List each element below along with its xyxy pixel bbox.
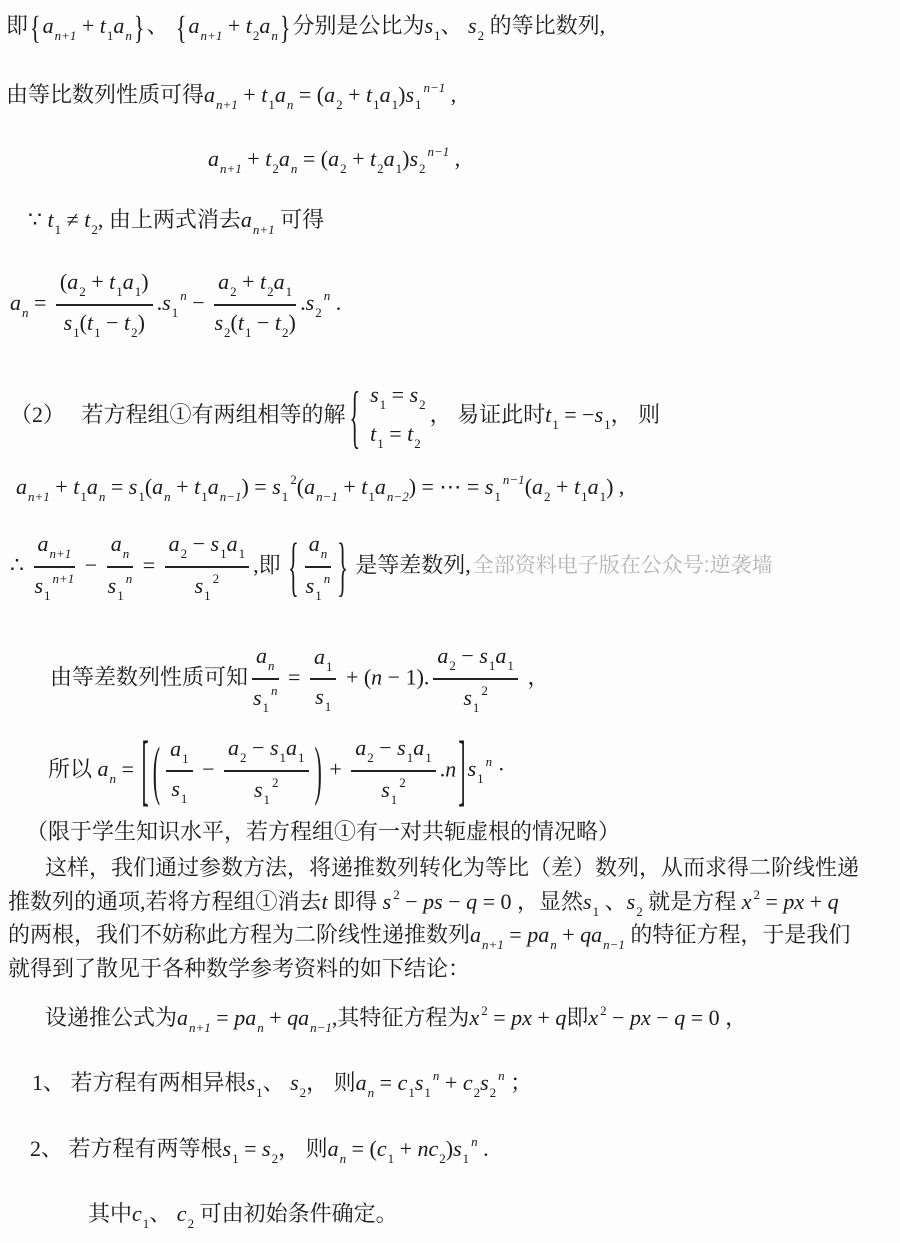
- subscript: 1: [44, 588, 51, 603]
- denominator: s1: [166, 772, 193, 808]
- subscript: 1: [286, 284, 293, 299]
- subscript: n+1: [28, 489, 50, 504]
- text-run: ， 易证此时: [430, 402, 546, 427]
- subscript: n+1: [253, 222, 275, 237]
- math-var: c2: [463, 1070, 480, 1095]
- math-var: x2: [742, 889, 760, 914]
- big-delimiter: }: [134, 11, 145, 44]
- text-run: 所以: [48, 756, 98, 781]
- text-run: ): [289, 310, 296, 335]
- math-var: s1: [424, 13, 440, 38]
- elimination-condition-line: ∵ t1 ≠ t2, 由上两式消去an+1 可得: [28, 206, 324, 239]
- math-var: p: [783, 889, 794, 914]
- big-delimiter: {: [176, 11, 187, 44]
- remark-line: （限于学生知识水平，若方程组①有一对共轭虚根的情况略）: [26, 818, 620, 847]
- subscript: n+1: [220, 161, 242, 176]
- text-run: =: [283, 664, 306, 689]
- text-run: +: [242, 146, 265, 171]
- math-var: s1n−1: [405, 82, 445, 107]
- math-var: t1: [261, 82, 275, 107]
- text-run: 可得: [275, 207, 325, 232]
- geometric-property-line-1: 由等比数列性质可得an+1 + t1an = (a2 + t1a1)s1n−1 …: [6, 80, 456, 114]
- subscript: 1: [239, 546, 246, 561]
- numerator: an+1: [34, 530, 76, 568]
- math-var: s1n−1: [485, 474, 525, 499]
- text-run: −: [456, 643, 479, 668]
- numerator: an: [252, 642, 279, 680]
- math-var: s2: [214, 310, 230, 335]
- text-run: =: [105, 474, 128, 499]
- big-delimiter: }: [280, 11, 291, 44]
- subscript: 1: [182, 751, 189, 766]
- math-var: t1: [366, 82, 380, 107]
- text-run: （2） 若方程组①有两组相等的解: [10, 402, 346, 427]
- text-run: 的两根，我们不妨称此方程为二阶线性递推数列: [8, 922, 470, 947]
- subscript: 1: [264, 792, 271, 807]
- text-run: =: [137, 552, 160, 577]
- math-var: a1: [227, 531, 246, 556]
- subscript: 1: [424, 1085, 431, 1100]
- text-run: = (: [293, 82, 324, 107]
- math-var: s1: [479, 643, 495, 668]
- numerator: a2 − s1a1: [433, 642, 517, 680]
- arithmetic-property-line: 由等差数列性质可知ans1n = a1s1 + (n − 1).a2 − s1a…: [50, 642, 549, 717]
- subscript: 1: [415, 97, 422, 112]
- text-run: ·: [492, 756, 505, 781]
- numerator: an: [107, 530, 134, 568]
- math-var: s2: [410, 382, 426, 407]
- math-var: a1: [380, 82, 399, 107]
- math-var: a1: [170, 736, 189, 761]
- math-var: x2: [588, 1005, 606, 1030]
- subscript: n: [271, 28, 278, 43]
- math-var: s1: [64, 310, 80, 335]
- text-run: ,: [445, 82, 456, 107]
- text-run: ；: [505, 1070, 533, 1095]
- math-var: t1: [109, 269, 123, 294]
- math-var: s1: [370, 382, 386, 407]
- math-var: an−1: [591, 922, 625, 947]
- text-run: =: [116, 756, 139, 781]
- text-run: = 0 ，: [685, 1005, 747, 1030]
- math-var: s: [434, 889, 443, 914]
- text-run: −: [197, 756, 220, 781]
- math-var: t1: [100, 13, 114, 38]
- math-var: s1n: [453, 1136, 478, 1161]
- math-var: t1: [87, 310, 101, 335]
- big-delimiter: {: [30, 11, 41, 44]
- text-run: ， 则: [306, 1070, 356, 1095]
- text-run: = −: [559, 402, 595, 427]
- math-var: s2: [290, 1070, 306, 1095]
- text-run: 即得: [328, 889, 383, 914]
- math-var: an+1: [189, 13, 223, 38]
- math-var: an: [256, 643, 275, 668]
- paragraph-row-2: 推数列的通项,若将方程组①消去t 即得 s2 − ps − q = 0 ，显然s…: [8, 887, 839, 921]
- text-run: −: [247, 735, 270, 760]
- math-var: t1: [574, 474, 588, 499]
- math-var: c1: [377, 1136, 394, 1161]
- denominator: s2(t1 − t2): [214, 306, 296, 342]
- subscript: n−1: [220, 489, 242, 504]
- subscript: 1: [315, 588, 322, 603]
- math-var: s2n−1: [409, 146, 449, 171]
- math-var: a2: [169, 531, 188, 556]
- text-run: 的特征方程，于是我们: [625, 922, 851, 947]
- subscript: n+1: [216, 97, 238, 112]
- math-var: t2: [407, 421, 421, 446]
- text-run: (: [80, 310, 87, 335]
- denominator: s1n+1: [34, 568, 76, 605]
- fraction: an+1s1n+1: [34, 530, 76, 605]
- math-var: s1n: [108, 573, 133, 598]
- math-var: s1n+1: [34, 573, 74, 598]
- math-var: p: [423, 889, 434, 914]
- text-run: 、: [149, 1201, 177, 1226]
- fraction: a1s1: [166, 735, 193, 809]
- geometric-property-line-2: an+1 + t2an = (a2 + t2a1)s2n−1 ,: [208, 144, 460, 178]
- denominator: s12: [165, 568, 249, 605]
- subscript: n−2: [387, 489, 409, 504]
- subscript: n−1: [316, 489, 338, 504]
- subscript: 1: [282, 489, 289, 504]
- fraction: ans1n: [305, 530, 332, 605]
- math-var: n: [371, 664, 382, 689]
- math-var: s2: [627, 889, 643, 914]
- paragraph-row-1: 这样，我们通过参数方法，将递推数列转化为等比（差）数列，从而求得二阶线性递: [45, 854, 859, 883]
- superscript: n−1: [428, 144, 450, 159]
- math-var: s1: [595, 402, 611, 427]
- text-run: ， 则: [611, 402, 661, 427]
- math-var: a2: [355, 735, 374, 760]
- subscript: 1: [204, 588, 211, 603]
- conclusion-2-line: 2、 若方程有两等根s1 = s2， 则an = (c1 + nc2)s1n .: [30, 1134, 489, 1168]
- numerator: a2 − s1a1: [165, 530, 249, 568]
- math-var: an: [328, 1136, 347, 1161]
- initial-conditions-line: 其中c1、 c2 可由初始条件确定。: [88, 1200, 398, 1233]
- text-run: （限于学生知识水平，若方程组①有一对共轭虚根的情况略）: [26, 819, 620, 844]
- subscript: 2: [490, 1085, 497, 1100]
- math-var: p: [511, 1005, 522, 1030]
- math-var: s1: [397, 735, 413, 760]
- document-page: 即{an+1 + t1an}、 {an+1 + t2an}分别是公比为s1、 s…: [0, 0, 900, 1243]
- subscript: n+1: [201, 28, 223, 43]
- subscript: 2: [419, 161, 426, 176]
- subscript: 1: [181, 791, 188, 806]
- numerator: a2 − s1a1: [224, 734, 308, 772]
- math-var: a1: [413, 735, 432, 760]
- text-run: +: [76, 13, 99, 38]
- paragraph-row-3: 的两根，我们不妨称此方程为二阶线性递推数列an+1 = pan + qan−1 …: [8, 921, 850, 954]
- superscript: 2: [213, 571, 220, 586]
- math-var: q: [555, 1005, 566, 1030]
- math-var: s12: [463, 685, 488, 710]
- cases-row: t1 = t2: [370, 417, 426, 456]
- recurrence-expansion-line: an+1 + t1an = s1(an + t1an−1) = s12(an−1…: [16, 472, 624, 506]
- math-var: an: [538, 922, 557, 947]
- math-var: q: [580, 922, 591, 947]
- math-var: a2: [218, 269, 237, 294]
- text-run: + (: [340, 664, 371, 689]
- math-var: an: [87, 474, 106, 499]
- math-var: t1: [194, 474, 208, 499]
- math-var: a2: [328, 146, 347, 171]
- superscript: n−1: [503, 472, 525, 487]
- math-var: an+1: [38, 531, 72, 556]
- math-var: an: [275, 82, 294, 107]
- math-var: an+1: [204, 82, 238, 107]
- math-var: s1n: [253, 685, 278, 710]
- math-var: q: [466, 889, 477, 914]
- subscript: 1: [507, 658, 514, 673]
- text-run: +: [264, 1005, 287, 1030]
- arithmetic-sequence-line: ∴ an+1s1n+1 − ans1n = a2 − s1a1s12,即 {an…: [10, 530, 773, 605]
- math-var: an+1: [16, 474, 50, 499]
- math-var: an: [356, 1070, 375, 1095]
- denominator: s1(t1 − t2): [56, 306, 153, 342]
- numerator: a1: [310, 643, 337, 681]
- math-var: c2: [177, 1201, 194, 1226]
- subscript: 2: [419, 397, 426, 412]
- subscript: 1: [463, 1151, 470, 1166]
- text-run: ,即: [253, 552, 286, 577]
- subscript: 2: [414, 436, 421, 451]
- math-var: t1: [73, 474, 87, 499]
- text-run: ) ,: [606, 474, 624, 499]
- denominator: s12: [351, 772, 435, 809]
- text-run: −: [187, 290, 210, 315]
- math-var: s2: [262, 1136, 278, 1161]
- denominator: s1n: [252, 680, 279, 717]
- subscript: n+1: [482, 937, 504, 952]
- seq-definition-line: 即{an+1 + t1an}、 {an+1 + t2an}分别是公比为s1、 s…: [6, 12, 605, 45]
- math-var: t1: [545, 402, 559, 427]
- math-var: a1: [495, 643, 514, 668]
- text-run: ): [141, 269, 148, 294]
- math-var: t2: [260, 269, 274, 294]
- text-run: 设递推公式为: [45, 1005, 177, 1030]
- text-run: 由等比数列性质可得: [6, 82, 204, 107]
- text-run: +: [171, 474, 194, 499]
- math-var: s2n: [480, 1070, 505, 1095]
- math-var: an−2: [375, 474, 409, 499]
- text-run: 由等差数列性质可知: [50, 664, 248, 689]
- text-run: 、: [146, 13, 174, 38]
- superscript: n: [271, 683, 278, 698]
- text-run: ，: [522, 664, 550, 689]
- text-run: ,其特征方程为: [332, 1005, 470, 1030]
- text-run: 就是方程: [643, 889, 742, 914]
- watermark-text: 全部资料电子版在公众号:逆袭墙: [473, 554, 773, 577]
- math-var: a2: [532, 474, 551, 499]
- subscript: n: [321, 546, 328, 561]
- math-var: an+1: [241, 207, 275, 232]
- math-var: t2: [370, 146, 384, 171]
- text-run: =: [488, 1005, 511, 1030]
- fraction: ans1n: [107, 530, 134, 605]
- math-var: t2: [124, 310, 138, 335]
- text-run: +: [86, 269, 109, 294]
- text-run: 推数列的通项,若将方程组①消去: [8, 889, 322, 914]
- subscript: 2: [315, 305, 322, 320]
- math-var: t1: [238, 310, 252, 335]
- fraction: a2 − s1a1s12: [165, 530, 249, 605]
- math-var: an+1: [43, 13, 77, 38]
- subscript: n+1: [189, 1020, 211, 1035]
- math-var: t2: [275, 310, 289, 335]
- math-var: s12: [254, 777, 279, 802]
- math-var: p: [234, 1005, 245, 1030]
- math-var: n: [418, 1136, 429, 1161]
- text-run: −: [79, 552, 102, 577]
- fraction: a2 − s1a1s12: [433, 642, 517, 717]
- math-var: a1: [123, 269, 142, 294]
- text-run: 是等差数列,: [350, 552, 471, 577]
- math-var: an: [10, 290, 29, 315]
- math-var: a1: [314, 644, 333, 669]
- text-run: 的等比数列,: [484, 13, 605, 38]
- cases-row: s1 = s2: [370, 378, 426, 417]
- text-run: +: [237, 269, 260, 294]
- math-var: a2: [228, 735, 247, 760]
- math-var: x2: [469, 1005, 487, 1030]
- text-run: +: [338, 474, 361, 499]
- math-var: an: [259, 13, 278, 38]
- math-var: s1: [583, 889, 599, 914]
- text-run: ) = ⋯ =: [409, 474, 485, 499]
- text-run: +: [347, 146, 370, 171]
- math-var: a2: [67, 269, 86, 294]
- math-var: s12: [272, 474, 297, 499]
- fraction: ans1n: [252, 642, 279, 717]
- text-run: 可由初始条件确定。: [194, 1201, 398, 1226]
- text-run: =: [211, 1005, 234, 1030]
- text-run: +: [394, 1136, 417, 1161]
- math-var: a2: [324, 82, 343, 107]
- math-var: t1: [370, 421, 384, 446]
- numerator: a2 + t2a1: [214, 268, 296, 306]
- math-var: an+1: [177, 1005, 211, 1030]
- math-var: an: [113, 13, 132, 38]
- subscript: 1: [326, 659, 333, 674]
- subscript: 1: [172, 305, 179, 320]
- text-run: ， 则: [278, 1136, 328, 1161]
- math-var: q: [828, 889, 839, 914]
- text-run: =: [504, 922, 527, 947]
- text-run: 即: [566, 1005, 588, 1030]
- big-delimiter: ): [315, 738, 322, 804]
- text-run: +: [343, 82, 366, 107]
- characteristic-equation-line: 设递推公式为an+1 = pan + qan−1,其特征方程为x2 = px +…: [45, 1003, 747, 1037]
- text-run: +: [551, 474, 574, 499]
- case2-intro-line: （2） 若方程组①有两组相等的解{s1 = s2t1 = t2， 易证此时t1 …: [10, 378, 660, 456]
- text-run: = (: [346, 1136, 377, 1161]
- big-delimiter: (: [153, 738, 160, 804]
- denominator: s1n: [305, 568, 332, 605]
- subscript: n+1: [50, 546, 72, 561]
- math-var: c2: [429, 1136, 446, 1161]
- math-var: s1: [247, 1070, 263, 1095]
- math-var: t2: [246, 13, 260, 38]
- text-run: (: [231, 310, 238, 335]
- superscript: n: [324, 571, 331, 586]
- text-run: , 由上两式消去: [98, 207, 241, 232]
- text-run: ∴: [10, 552, 30, 577]
- math-var: s1: [171, 776, 187, 801]
- superscript: n−1: [424, 80, 446, 95]
- math-var: s1: [223, 1136, 239, 1161]
- text-run: .: [330, 290, 341, 315]
- fraction: a1s1: [310, 643, 337, 717]
- big-delimiter: ]: [458, 732, 465, 811]
- text-run: +: [804, 889, 827, 914]
- text-run: +: [238, 82, 261, 107]
- text-run: +: [50, 474, 73, 499]
- subscript: 1: [473, 700, 480, 715]
- subscript: n: [125, 28, 132, 43]
- denominator: s1: [310, 680, 337, 716]
- math-var: t1: [361, 474, 375, 499]
- math-var: an+1: [470, 922, 504, 947]
- math-var: x: [641, 1005, 651, 1030]
- text-run: −: [607, 1005, 630, 1030]
- math-var: p: [527, 922, 538, 947]
- big-delimiter: }: [337, 534, 348, 600]
- text-run: 、: [263, 1070, 291, 1095]
- math-var: s1n: [468, 756, 493, 781]
- superscript: 2: [399, 775, 406, 790]
- text-run: ): [138, 310, 145, 335]
- text-run: −: [651, 1005, 674, 1030]
- subscript: n: [268, 658, 275, 673]
- numerator: an: [305, 530, 332, 568]
- subscript: 1: [477, 771, 484, 786]
- subscript: n−1: [310, 1020, 332, 1035]
- text-run: 这样，我们通过参数方法，将递推数列转化为等比（差）数列，从而求得二阶线性递: [45, 855, 859, 880]
- math-var: an: [279, 146, 298, 171]
- text-run: −: [443, 889, 466, 914]
- superscript: 2: [272, 775, 279, 790]
- text-run: =: [29, 290, 52, 315]
- subscript: 1: [425, 750, 432, 765]
- text-run: =: [386, 382, 409, 407]
- denominator: s12: [224, 772, 308, 809]
- math-var: an: [98, 756, 117, 781]
- math-var: x: [794, 889, 804, 914]
- subscript: 1: [494, 489, 501, 504]
- math-var: q: [287, 1005, 298, 1030]
- math-var: s12: [381, 777, 406, 802]
- denominator: s1n: [107, 568, 134, 605]
- subscript: 1: [325, 699, 332, 714]
- text-run: 、: [441, 13, 469, 38]
- general-term-formula-line: an = (a2 + t1a1)s1(t1 − t2).s1n − a2 + t…: [10, 268, 341, 342]
- subscript: n: [123, 546, 130, 561]
- text-run: ): [446, 1136, 453, 1161]
- subscript: 1: [391, 792, 398, 807]
- text-run: −: [101, 310, 124, 335]
- case2-general-term-line: 所以 an = [(a1s1 − a2 − s1a1s12) + a2 − s1…: [48, 734, 505, 809]
- text-run: ) =: [241, 474, 272, 499]
- text-run: =: [239, 1136, 262, 1161]
- math-var: t2: [84, 207, 98, 232]
- math-var: s1n: [162, 290, 187, 315]
- math-var: s2: [468, 13, 484, 38]
- text-run: −: [374, 735, 397, 760]
- superscript: n+1: [53, 571, 75, 586]
- math-var: an−1: [304, 474, 338, 499]
- math-var: a1: [274, 269, 293, 294]
